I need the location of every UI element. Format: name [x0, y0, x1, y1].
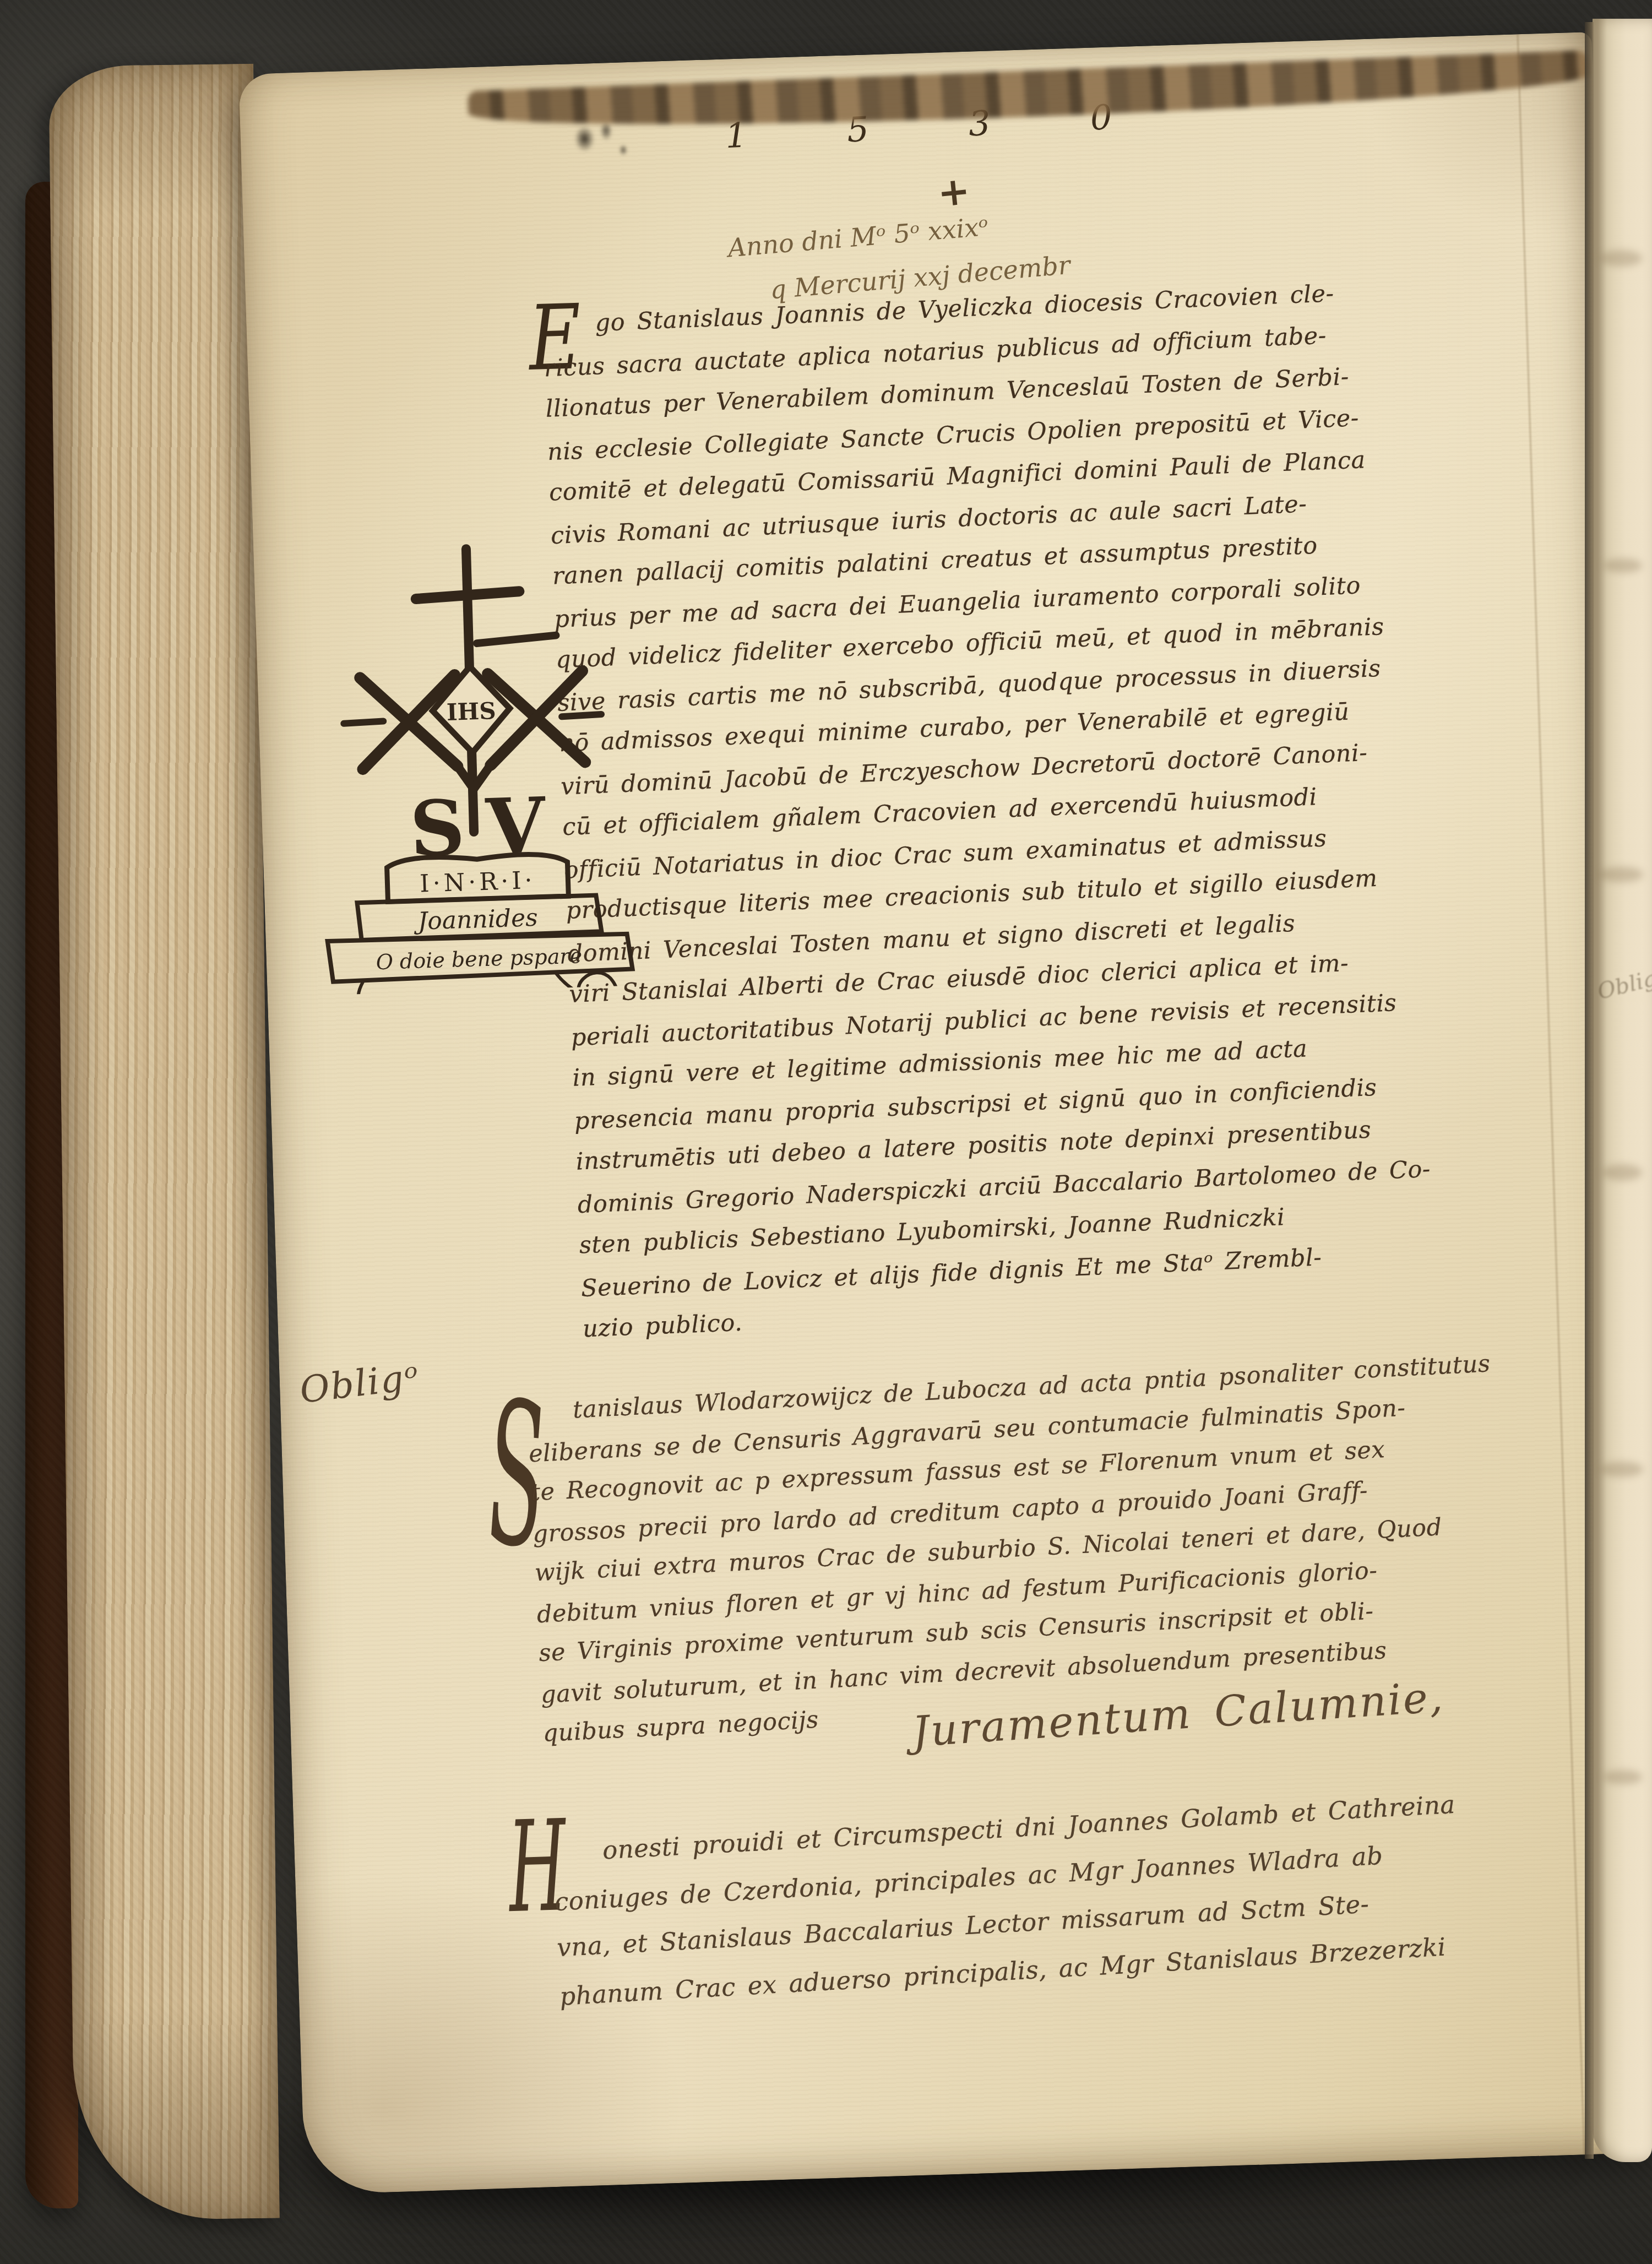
- inri-text: I·N·R·I·: [420, 866, 536, 898]
- monogram-v: V: [484, 780, 548, 871]
- photograph-background: 1 5 3 0 + Anno dni Mᵒ 5ᵒ xxixᵒ q Mercuri…: [0, 0, 1652, 2264]
- margin-note-oblig: Obligᵒ: [297, 1355, 422, 1411]
- page-edge-stack: [48, 64, 280, 2220]
- facing-page-sliver: Oblig.: [1593, 19, 1652, 2162]
- book-cover-spine: [25, 182, 78, 2208]
- notarial-admission-paragraph: go Stanislaus Joannis de Vyeliczka dioce…: [541, 270, 1436, 1350]
- page-content: 1 5 3 0 + Anno dni Mᵒ 5ᵒ xxixᵒ q Mercuri…: [238, 32, 1652, 2195]
- notary-name: Joannides: [413, 904, 538, 936]
- show-through-mark: [1604, 558, 1642, 573]
- facing-page-margin-note: Oblig.: [1595, 964, 1652, 1005]
- book-gutter: [1585, 22, 1594, 2159]
- show-through-mark: [1604, 1770, 1642, 1784]
- notary-motto: O doie bene pspare: [376, 943, 583, 974]
- notary-sign: IHS S V I·N·R·I· Joannides O doie bene p…: [310, 523, 638, 995]
- manuscript-page: 1 5 3 0 + Anno dni Mᵒ 5ᵒ xxixᵒ q Mercuri…: [238, 32, 1652, 2195]
- juramentum-paragraph: onesti prouidi et Circumspecti dni Joann…: [551, 1781, 1464, 2019]
- show-through-mark: [1599, 867, 1643, 882]
- show-through-mark: [1602, 1164, 1642, 1181]
- show-through-mark: [1600, 250, 1642, 267]
- christogram-text: IHS: [446, 697, 496, 726]
- show-through-mark: [1600, 1462, 1643, 1477]
- monogram-s: S: [409, 783, 466, 874]
